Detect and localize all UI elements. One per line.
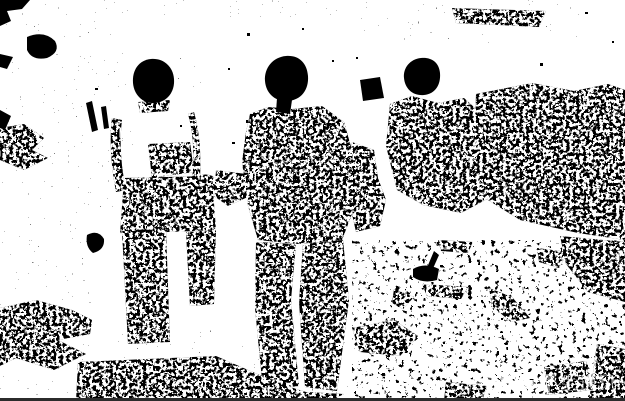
- thresholded-photo-canvas: CSDN @半生逸风: [0, 0, 625, 401]
- binary-threshold-image: CSDN @半生逸风: [0, 0, 625, 401]
- bird-body-blob: [413, 266, 439, 282]
- person-left-head: [133, 59, 174, 103]
- person-right-head: [404, 58, 440, 95]
- square-blob: [360, 77, 384, 101]
- person-center-neck: [276, 98, 292, 114]
- csdn-watermark: CSDN @半生逸风: [457, 374, 618, 394]
